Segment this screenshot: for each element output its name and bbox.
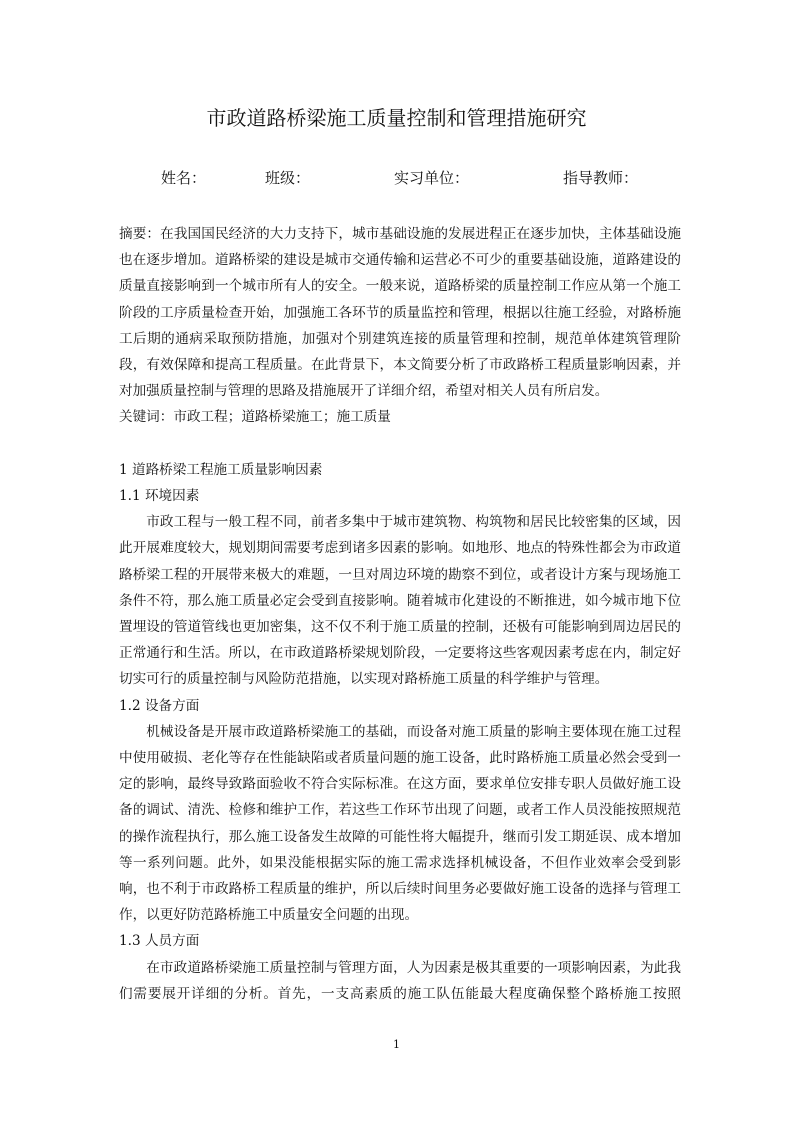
keywords: 关键词：市政工程；道路桥梁施工；施工质量 — [119, 404, 681, 430]
abstract: 摘要：在我国国民经济的大力支持下，城市基础设施的发展进程正在逐步加快，主体基础设… — [119, 221, 681, 404]
section-1-heading: 1 道路桥梁工程施工质量影响因素 — [119, 457, 681, 483]
section-1-2-heading: 1.2 设备方面 — [119, 693, 681, 719]
page-number: 1 — [0, 1038, 793, 1051]
info-class-label: 班级： — [265, 167, 310, 189]
section-1-1-heading: 1.1 环境因素 — [119, 483, 681, 509]
info-advisor-label: 指导教师： — [563, 167, 638, 189]
info-name-label: 姓名： — [161, 167, 206, 189]
section-1-1-paragraph: 市政工程与一般工程不同，前者多集中于城市建筑物、构筑物和居民比较密集的区域，因此… — [119, 509, 681, 692]
section-1-3-paragraph: 在市政道路桥梁施工质量控制与管理方面，人为因素是极其重要的一项影响因素，为此我们… — [119, 955, 681, 1007]
info-internship-unit-label: 实习单位： — [394, 167, 469, 189]
section-1-2-paragraph: 机械设备是开展市政道路桥梁施工的基础，而设备对施工质量的影响主要体现在施工过程中… — [119, 719, 681, 929]
document-title: 市政道路桥梁施工质量控制和管理措施研究 — [0, 104, 793, 132]
document-body: 摘要：在我国国民经济的大力支持下，城市基础设施的发展进程正在逐步加快，主体基础设… — [119, 221, 681, 1007]
section-1-3-heading: 1.3 人员方面 — [119, 928, 681, 954]
spacer — [119, 431, 681, 457]
